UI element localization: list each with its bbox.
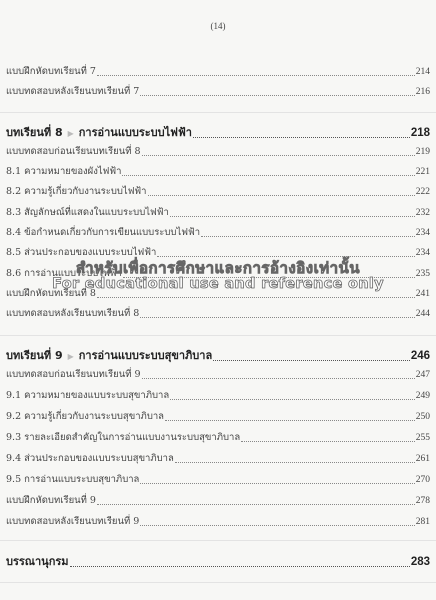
page-number: (14) xyxy=(0,21,436,31)
dot-leader xyxy=(201,227,415,237)
entry-page: 219 xyxy=(416,147,430,157)
chapter-heading-8[interactable]: บทเรียนที่ 8 ▶ การอ่านแบบระบบไฟฟ้า 218 xyxy=(6,123,430,143)
entry-label: 8.1 ความหมายของผังไฟฟ้า xyxy=(6,164,121,179)
dot-leader xyxy=(97,495,415,505)
toc-entry[interactable]: 9.3 รายละเอียดสำคัญในการอ่านแบบงานระบบสุ… xyxy=(6,430,430,446)
bibliography-label: บรรณานุกรม xyxy=(6,552,69,570)
arrow-right-icon: ▶ xyxy=(68,352,74,361)
chapter-prefix: บทเรียนที่ 8 xyxy=(6,123,63,141)
entry-page: 261 xyxy=(416,454,430,464)
entry-page: 244 xyxy=(416,309,430,319)
toc-entry[interactable]: 8.3 สัญลักษณ์ที่แสดงในแบบระบบไฟฟ้า 232 xyxy=(6,205,430,221)
toc-entry[interactable]: 8.1 ความหมายของผังไฟฟ้า 221 xyxy=(6,164,430,180)
dot-leader xyxy=(193,128,410,138)
entry-page: 281 xyxy=(416,517,430,527)
chapter-prefix: บทเรียนที่ 9 xyxy=(6,346,63,364)
entry-page: 247 xyxy=(416,370,430,380)
bibliography-entry[interactable]: บรรณานุกรม 283 xyxy=(6,552,430,572)
entry-label: แบบทดสอบก่อนเรียนบทเรียนที่ 8 xyxy=(6,144,141,159)
toc-entry[interactable]: 9.5 การอ่านแบบระบบสุขาภิบาล 270 xyxy=(6,472,430,488)
dot-leader xyxy=(241,432,415,442)
dot-leader xyxy=(97,66,415,76)
dot-leader xyxy=(140,474,414,484)
toc-entry[interactable]: แบบทดสอบหลังเรียนบทเรียนที่ 8 244 xyxy=(6,306,430,322)
entry-page: 214 xyxy=(416,67,430,77)
dot-leader xyxy=(142,369,415,379)
toc-entry[interactable]: 8.2 ความรู้เกี่ยวกับงานระบบไฟฟ้า 222 xyxy=(6,184,430,200)
toc-entry[interactable]: 9.4 ส่วนประกอบของแบบระบบสุขาภิบาล 261 xyxy=(6,451,430,467)
dot-leader xyxy=(97,288,415,298)
toc-entry[interactable]: 8.5 ส่วนประกอบของแบบระบบไฟฟ้า 234 xyxy=(6,245,430,261)
divider xyxy=(0,335,436,336)
dot-leader xyxy=(123,268,415,278)
bibliography-page: 283 xyxy=(411,556,430,568)
toc-entry[interactable]: 8.4 ข้อกำหนดเกี่ยวกับการเขียนแบบระบบไฟฟ้… xyxy=(6,225,430,241)
entry-page: 249 xyxy=(416,391,430,401)
dot-leader xyxy=(165,411,415,421)
divider xyxy=(0,582,436,583)
entry-page: 216 xyxy=(416,87,430,97)
toc-entry[interactable]: 8.6 การอ่านแบบระบบไฟฟ้า 235 xyxy=(6,266,430,282)
entry-label: 8.3 สัญลักษณ์ที่แสดงในแบบระบบไฟฟ้า xyxy=(6,205,169,220)
entry-page: 232 xyxy=(416,208,430,218)
dot-leader xyxy=(170,207,415,217)
dot-leader xyxy=(140,516,414,526)
entry-label: 8.5 ส่วนประกอบของแบบระบบไฟฟ้า xyxy=(6,245,156,260)
toc-entry[interactable]: แบบทดสอบก่อนเรียนบทเรียนที่ 8 219 xyxy=(6,144,430,160)
toc-entry[interactable]: แบบทดสอบหลังเรียนบทเรียนที่ 7 216 xyxy=(6,84,430,100)
entry-page: 234 xyxy=(416,248,430,258)
entry-page: 234 xyxy=(416,228,430,238)
entry-label: แบบฝึกหัดบทเรียนที่ 9 xyxy=(6,493,96,508)
entry-page: 235 xyxy=(416,269,430,279)
dot-leader xyxy=(142,146,415,156)
toc-entry[interactable]: แบบฝึกหัดบทเรียนที่ 7 214 xyxy=(6,64,430,80)
dot-leader xyxy=(213,351,410,361)
toc-entry[interactable]: 9.1 ความหมายของแบบระบบสุขาภิบาล 249 xyxy=(6,388,430,404)
entry-page: 221 xyxy=(416,167,430,177)
chapter-heading-9[interactable]: บทเรียนที่ 9 ▶ การอ่านแบบระบบสุขาภิบาล 2… xyxy=(6,346,430,366)
toc-entry[interactable]: 9.2 ความรู้เกี่ยวกับงานระบบสุขาภิบาล 250 xyxy=(6,409,430,425)
entry-label: 8.2 ความรู้เกี่ยวกับงานระบบไฟฟ้า xyxy=(6,184,147,199)
dot-leader xyxy=(157,247,414,257)
entry-page: 241 xyxy=(416,289,430,299)
entry-label: แบบฝึกหัดบทเรียนที่ 7 xyxy=(6,64,96,79)
entry-label: 8.4 ข้อกำหนดเกี่ยวกับการเขียนแบบระบบไฟฟ้… xyxy=(6,225,200,240)
entry-page: 222 xyxy=(416,187,430,197)
dot-leader xyxy=(175,453,415,463)
entry-page: 250 xyxy=(416,412,430,422)
dot-leader xyxy=(122,166,414,176)
entry-label: แบบทดสอบหลังเรียนบทเรียนที่ 7 xyxy=(6,84,139,99)
entry-page: 255 xyxy=(416,433,430,443)
entry-page: 270 xyxy=(416,475,430,485)
dot-leader xyxy=(140,308,414,318)
toc-entry[interactable]: แบบทดสอบหลังเรียนบทเรียนที่ 9 281 xyxy=(6,514,430,530)
dot-leader xyxy=(170,390,415,400)
entry-label: แบบฝึกหัดบทเรียนที่ 8 xyxy=(6,286,96,301)
entry-label: 9.5 การอ่านแบบระบบสุขาภิบาล xyxy=(6,472,139,487)
entry-label: 8.6 การอ่านแบบระบบไฟฟ้า xyxy=(6,266,122,281)
entry-label: 9.1 ความหมายของแบบระบบสุขาภิบาล xyxy=(6,388,169,403)
dot-leader xyxy=(70,557,410,567)
entry-label: แบบทดสอบหลังเรียนบทเรียนที่ 9 xyxy=(6,514,139,529)
chapter-title: การอ่านแบบระบบสุขาภิบาล xyxy=(79,346,212,364)
entry-label: 9.4 ส่วนประกอบของแบบระบบสุขาภิบาล xyxy=(6,451,174,466)
toc-entry[interactable]: แบบทดสอบก่อนเรียนบทเรียนที่ 9 247 xyxy=(6,367,430,383)
entry-label: แบบทดสอบก่อนเรียนบทเรียนที่ 9 xyxy=(6,367,141,382)
entry-label: 9.2 ความรู้เกี่ยวกับงานระบบสุขาภิบาล xyxy=(6,409,164,424)
arrow-right-icon: ▶ xyxy=(68,129,74,138)
toc-entry[interactable]: แบบฝึกหัดบทเรียนที่ 9 278 xyxy=(6,493,430,509)
entry-label: แบบทดสอบหลังเรียนบทเรียนที่ 8 xyxy=(6,306,139,321)
divider xyxy=(0,540,436,541)
entry-label: 9.3 รายละเอียดสำคัญในการอ่านแบบงานระบบสุ… xyxy=(6,430,240,445)
toc-entry[interactable]: แบบฝึกหัดบทเรียนที่ 8 241 xyxy=(6,286,430,302)
entry-page: 278 xyxy=(416,496,430,506)
chapter-title: การอ่านแบบระบบไฟฟ้า xyxy=(79,123,192,141)
chapter-page: 218 xyxy=(411,127,430,139)
divider xyxy=(0,112,436,113)
dot-leader xyxy=(140,86,414,96)
dot-leader xyxy=(148,186,415,196)
chapter-page: 246 xyxy=(411,350,430,362)
